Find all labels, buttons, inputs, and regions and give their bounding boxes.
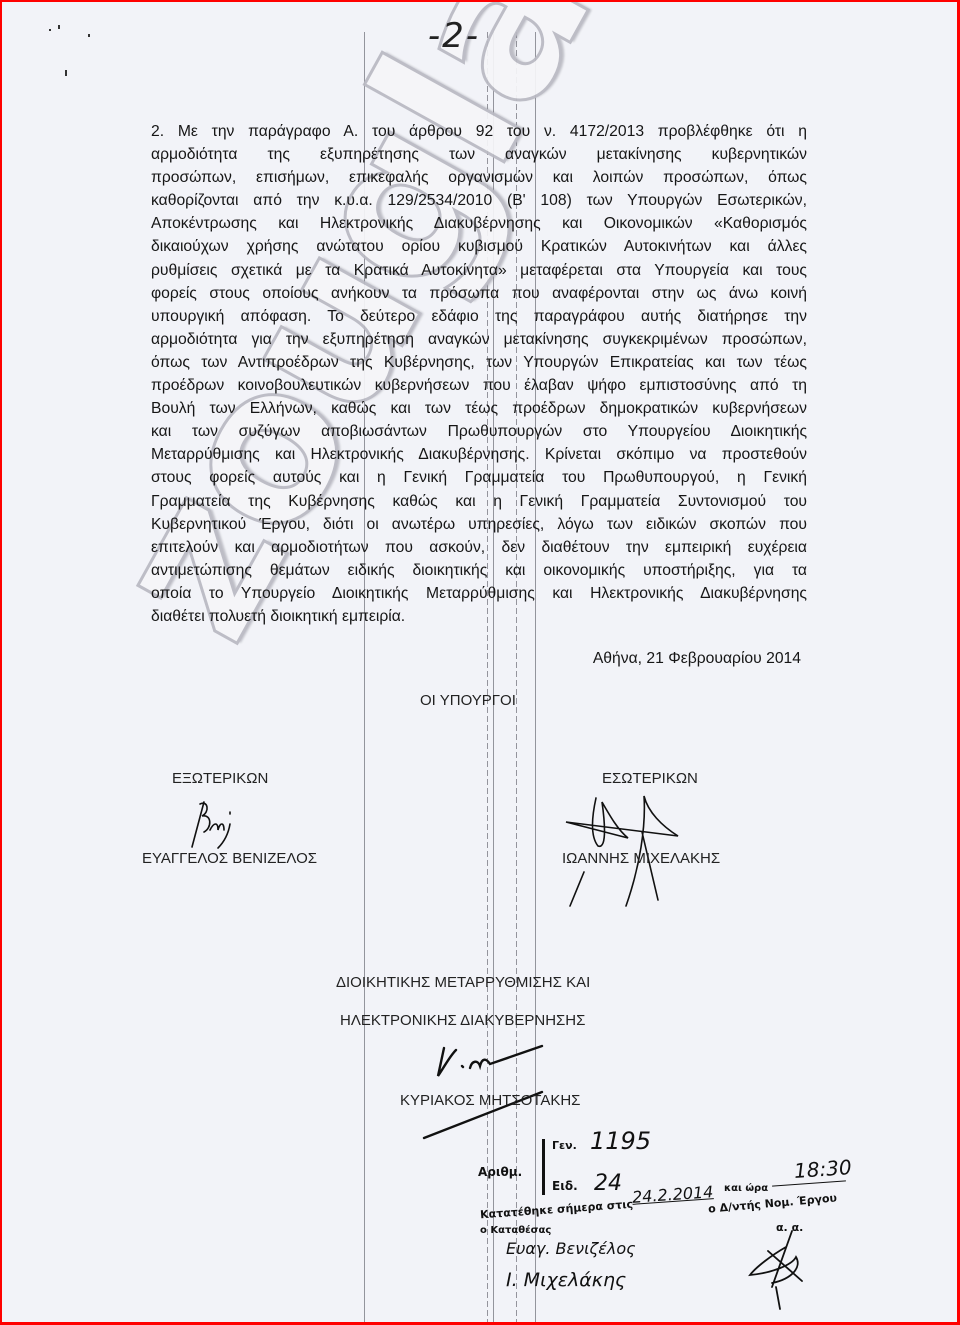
scan-speck	[49, 29, 51, 31]
paragraph-line: αντιμετώπισης θεμάτων ειδικής διοικητική…	[151, 559, 807, 582]
scan-speck	[88, 34, 90, 37]
paragraph-line: Μεταρρύθμισης και Ηλεκτρονικής Διακυβέρν…	[151, 443, 807, 466]
depositor-name: Ι. Μιχελάκης	[506, 1269, 626, 1291]
paragraph-line: Αποκέντρωσης και Ηλεκτρονικής Διακυβέρνη…	[151, 212, 807, 235]
date-place-line: Αθήνα, 21 Φεβρουαρίου 2014	[593, 650, 801, 668]
eid-number: 24	[594, 1171, 622, 1196]
paragraph-line: διαθέτει πολυετή διοικητική εμπειρία.	[151, 605, 807, 628]
paragraph-line: φορείς στους οποίους ανήκουν τα πρόσωπα …	[151, 282, 807, 305]
signatory-role-line2: ΗΛΕΚΤΡΟΝΙΚΗΣ ΔΙΑΚΥΒΕΡΝΗΣΗΣ	[340, 1012, 585, 1029]
document-frame: zougla.gr -2- 2. Με την παράγραφο Α. του…	[0, 0, 960, 1325]
arithm-label: Αριθμ.	[478, 1165, 522, 1179]
paragraph-line: επιτελούν και αρμοδιοτήτων που ασκούν, δ…	[151, 536, 807, 559]
paragraph-line: δικαιούχων χρήσης ανώτατου ορίου κυβισμο…	[151, 235, 807, 258]
paragraph-line: και των συζύγων αποβιωσάντων Πρωθυπουργώ…	[151, 420, 807, 443]
paragraph-line: οποία το Υπουργείο Διοικητικής Μεταρρύθμ…	[151, 582, 807, 605]
depositor-label: ο Καταθέσας	[480, 1225, 551, 1236]
stamp-bracket	[542, 1139, 545, 1195]
gen-number: 1195	[590, 1127, 651, 1155]
signatory-name: ΕΥΑΓΓΕΛΟΣ ΒΕΝΙΖΕΛΟΣ	[142, 850, 317, 867]
paragraph-line: προσώπων, επισήμων, επικεφαλής οργανισμώ…	[151, 166, 807, 189]
filed-time: 18:30	[793, 1155, 852, 1183]
paragraph-line: αρμοδιότητα της εξυπηρέτησης των αναγκών…	[151, 143, 807, 166]
paragraph-line: αρμοδιότητα για την εξυπηρέτηση αναγκών …	[151, 328, 807, 351]
scan-speck	[65, 70, 67, 76]
director-signature-icon	[742, 1227, 822, 1317]
paragraph-line: στους φορείς αυτούς και η Γενική Γραμματ…	[151, 466, 807, 489]
paragraph-line: Βουλή των Ελλήνων, καθώς και των τέως πρ…	[151, 397, 807, 420]
paragraph-line: καθορίζονται από την κ.υ.α. 129/2534/201…	[151, 189, 807, 212]
handwritten-signature-icon	[182, 792, 252, 852]
handwritten-signature-icon	[562, 776, 762, 916]
filed-date: 24.2.2014	[631, 1182, 714, 1207]
signatory-name: ΙΩΑΝΝΗΣ ΜΙΧΕΛΑΚΗΣ	[562, 850, 720, 867]
paragraph-line: Γραμματεία της Κυβέρνησης καθώς και η Γε…	[151, 490, 807, 513]
director-label: ο Δ/ντής Νομ. Έργου	[708, 1191, 838, 1215]
signatory-role-line1: ΔΙΟΙΚΗΤΙΚΗΣ ΜΕΤΑΡΡΥΘΜΙΣΗΣ ΚΑΙ	[336, 974, 590, 991]
eid-label: Ειδ.	[552, 1179, 578, 1193]
paragraph-line: προέδρων κοινοβουλευτικών κυβερνήσεων πο…	[151, 374, 807, 397]
depositor-name: Ευαγ. Βενιζέλος	[506, 1239, 636, 1258]
filed-label: Κατατέθηκε σήμερα στις	[480, 1198, 634, 1222]
filing-stamp: Αριθμ. Γεν. 1195 Ειδ. 24 Κατατέθηκε σήμε…	[472, 1127, 872, 1317]
paragraph-line: 2. Με την παράγραφο Α. του άρθρου 92 του…	[151, 120, 807, 143]
scan-speck	[58, 25, 60, 29]
signatory-name: ΚΥΡΙΑΚΟΣ ΜΗΤΣΟΤΑΚΗΣ	[400, 1092, 580, 1109]
ministers-heading: ΟΙ ΥΠΟΥΡΓΟΙ	[420, 692, 516, 709]
paragraph-line: υπουργική απόφαση. Το δεύτερο εδάφιο της…	[151, 305, 807, 328]
page-number: -2-	[414, 16, 494, 56]
paragraph-line: ρυθμίσεις σχετικά με τα Κρατικά Αυτοκίνη…	[151, 259, 807, 282]
paragraph-line: Κυβερνητικού Έργου, διότι οι ανωτέρω υπη…	[151, 513, 807, 536]
signatory-role: ΕΞΩΤΕΡΙΚΩΝ	[172, 770, 268, 787]
gen-label: Γεν.	[552, 1139, 577, 1152]
paragraph-line: όπως των Αντιπροέδρων της Κυβέρνησης, τω…	[151, 351, 807, 374]
time-label: και ώρα	[724, 1183, 768, 1194]
body-paragraph: 2. Με την παράγραφο Α. του άρθρου 92 του…	[151, 120, 807, 628]
